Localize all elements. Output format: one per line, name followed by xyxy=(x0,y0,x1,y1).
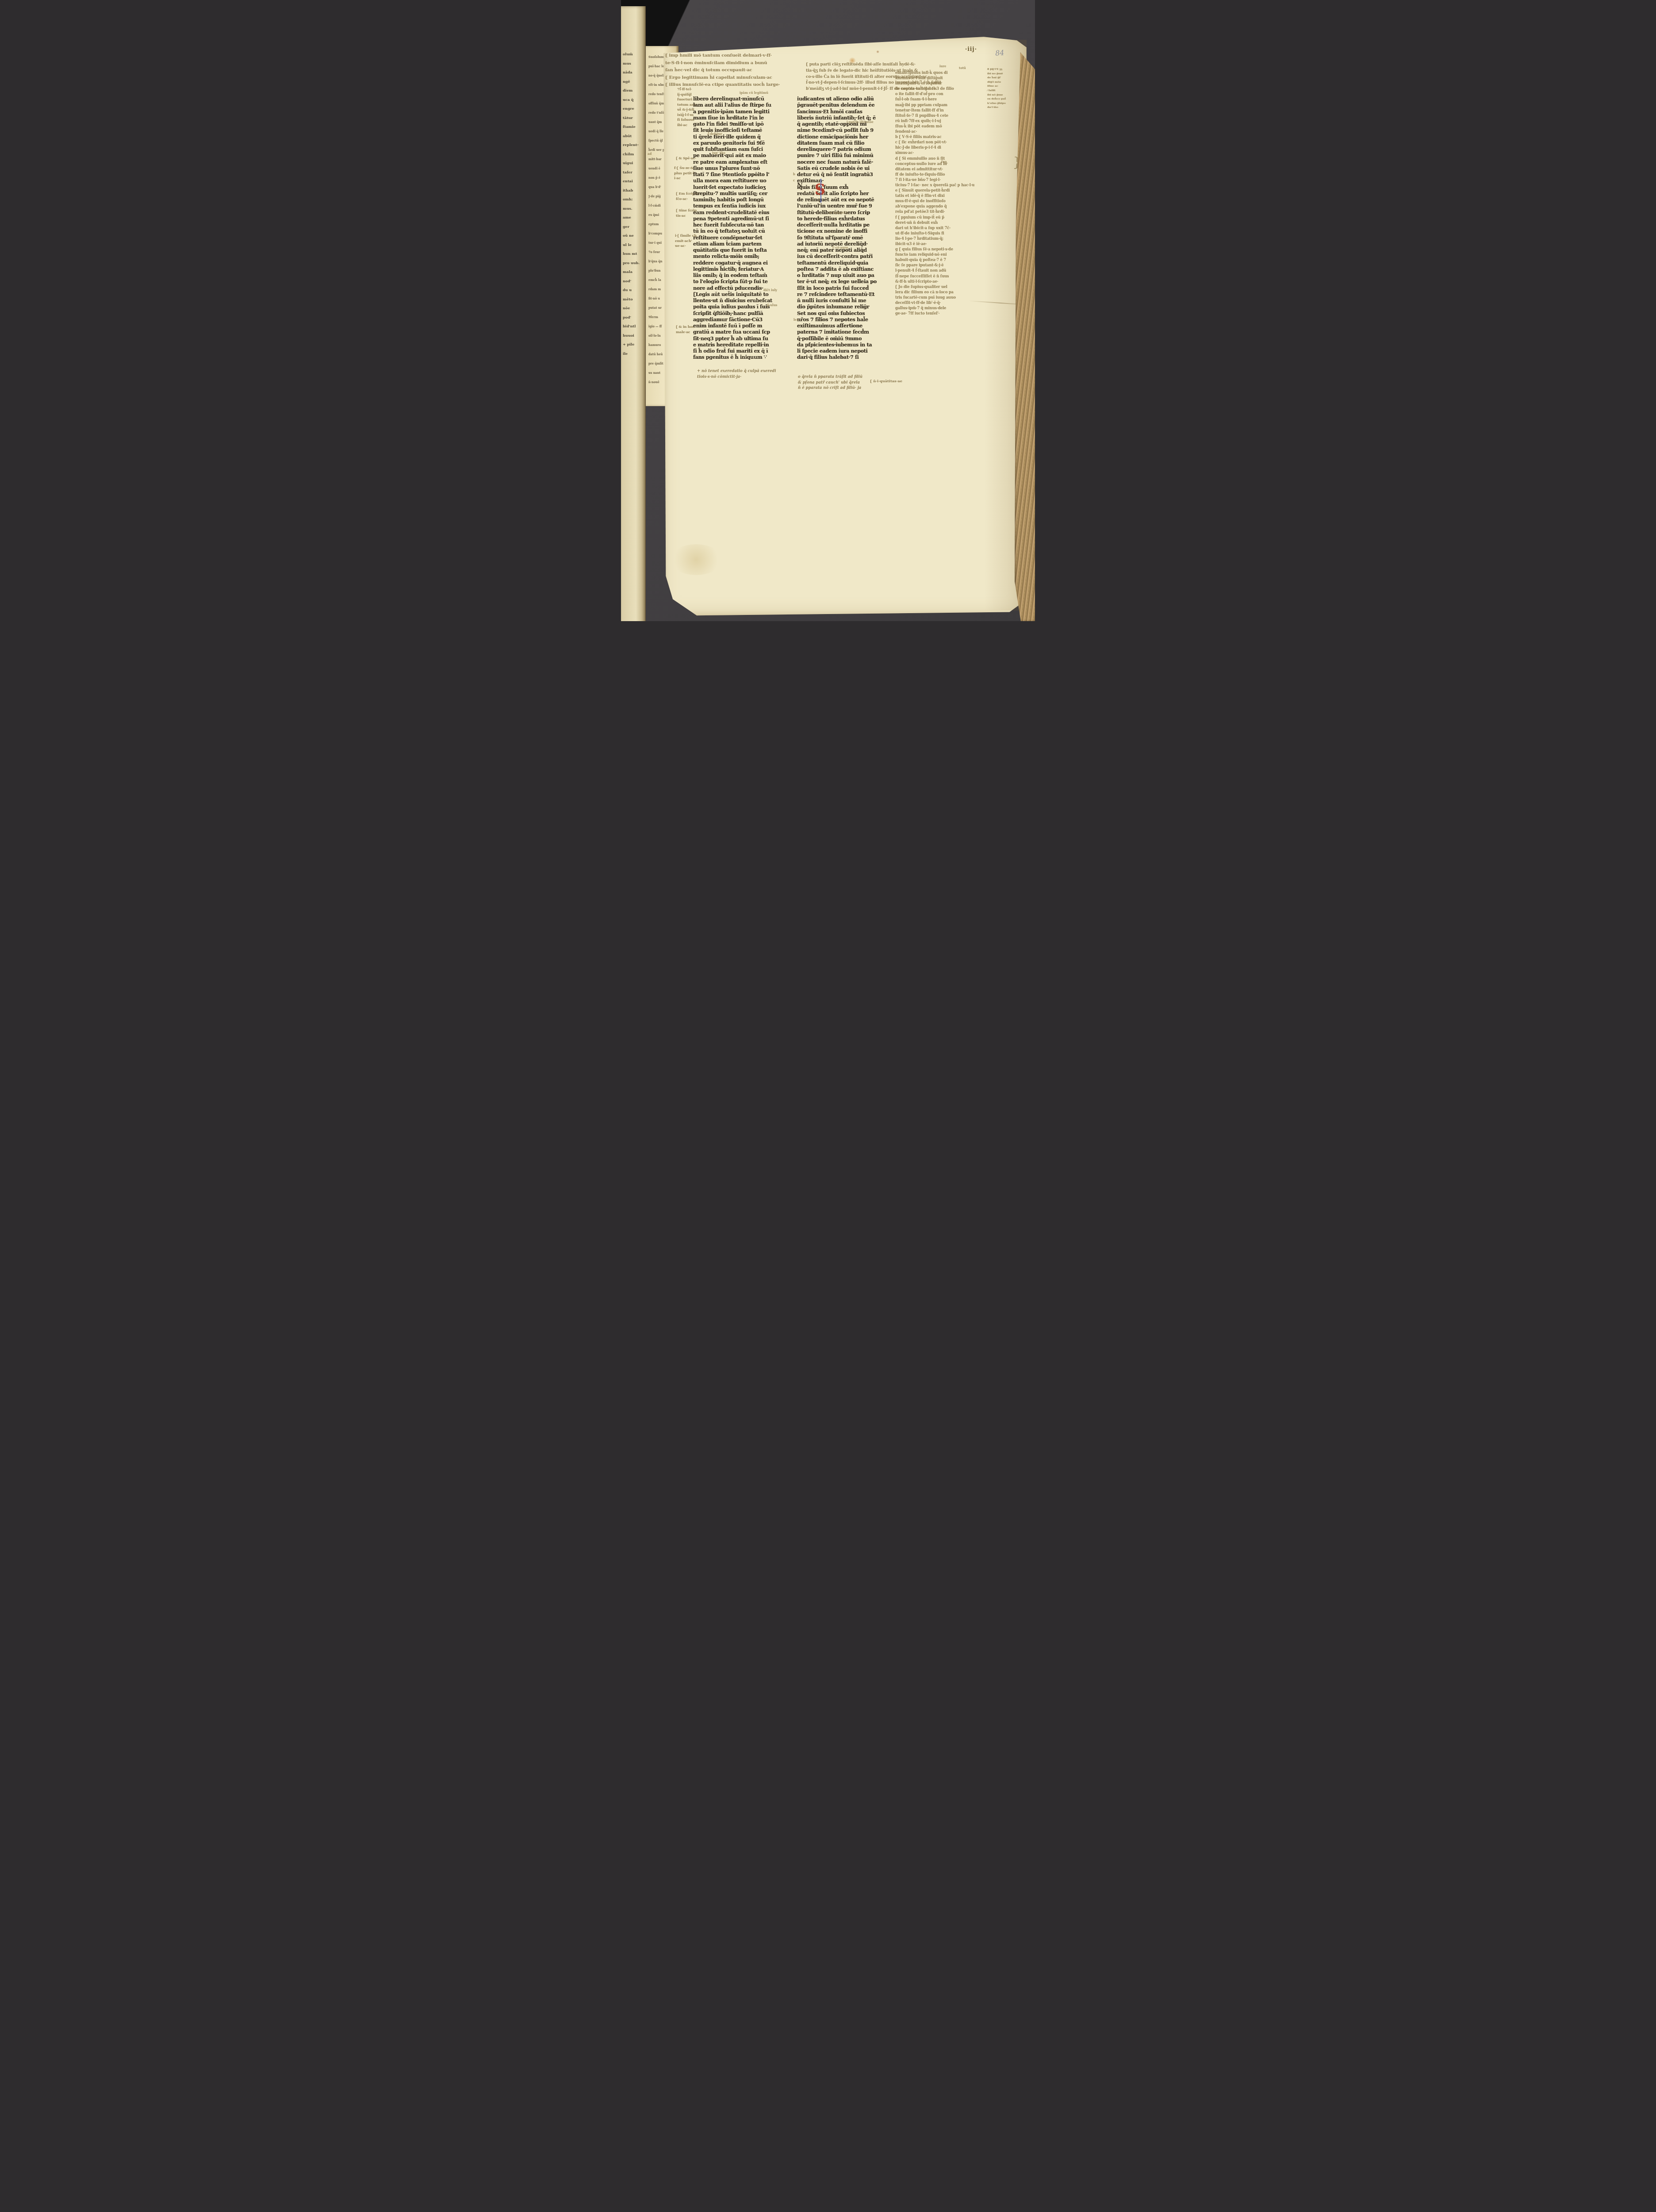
margin-note: l'·cē·auro xyxy=(832,246,848,250)
margin-note: ad xyxy=(648,152,652,156)
margin-note: ſup xyxy=(941,160,947,164)
margin-note: i·patr̄is īſtitutōe xyxy=(847,120,874,124)
margin-note: ʗ n̄·i·quātitas·ae xyxy=(870,379,902,383)
margin-note: c xyxy=(793,179,795,182)
margin-note: ſ̄·defiq̄ur xyxy=(708,132,722,136)
margin-note: p̄·ulus xyxy=(767,303,777,307)
margin-note: totū xyxy=(959,66,966,70)
margin-note: iup' iſto xyxy=(712,151,725,155)
margin-note: b xyxy=(793,173,795,176)
margin-note: ut infantē3 xyxy=(829,211,847,215)
margin-note: lex xyxy=(793,318,798,322)
positioned-notes: iuretotūipām cū legitimūſ̄·defiq̄uriup' … xyxy=(621,0,1035,621)
margin-note: dic̄t iuly xyxy=(763,288,777,292)
margin-note: ipām cū legitimū xyxy=(740,91,768,95)
margin-note: iure xyxy=(939,65,946,68)
manuscript-photo: olum̄musnādangēdiemuca q̄engretāturſtami… xyxy=(621,0,1035,621)
